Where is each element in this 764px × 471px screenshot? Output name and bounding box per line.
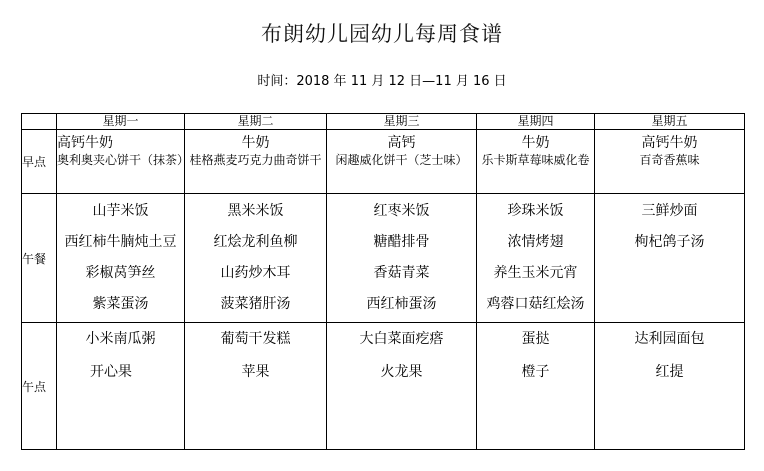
breakfast-cell-monday: 高钙牛奶 奥利奥夹心饼干（抹茶） — [57, 130, 185, 194]
breakfast-drink: 高钙牛奶 — [57, 134, 184, 152]
dish: 鸡蓉口菇红烩汤 — [477, 289, 594, 320]
dish: 山药炒木耳 — [185, 258, 326, 289]
page-title: 布朗幼儿园幼儿每周食谱 — [0, 18, 764, 48]
snack-cell-monday: 小米南瓜粥 开心果 — [57, 323, 185, 450]
dish: 三鲜炒面 — [595, 196, 744, 227]
row-label-breakfast: 早点 — [22, 130, 57, 194]
dish: 火龙果 — [327, 356, 476, 389]
breakfast-drink: 牛奶 — [477, 134, 594, 152]
header-row: 星期一 星期二 星期三 星期四 星期五 — [22, 114, 745, 130]
lunch-cell-wednesday: 红枣米饭 糖醋排骨 香菇青菜 西红柿蛋汤 — [327, 194, 477, 323]
breakfast-cell-thursday: 牛奶 乐卡斯草莓味威化卷 — [477, 130, 595, 194]
dish: 香菇青菜 — [327, 258, 476, 289]
dish: 西红柿牛腩炖土豆 — [57, 227, 184, 258]
breakfast-cell-friday: 高钙牛奶 百奇香蕉味 — [595, 130, 745, 194]
dish: 小米南瓜粥 — [57, 323, 184, 356]
dish: 糖醋排骨 — [327, 227, 476, 258]
lunch-cell-tuesday: 黑米米饭 红烩龙利鱼柳 山药炒木耳 菠菜猪肝汤 — [185, 194, 327, 323]
dish: 开心果 — [57, 356, 184, 389]
dish: 西红柿蛋汤 — [327, 289, 476, 320]
lunch-cell-friday: 三鲜炒面 枸杞鸽子汤 — [595, 194, 745, 323]
dish: 彩椒莴笋丝 — [57, 258, 184, 289]
day-header-wednesday: 星期三 — [327, 114, 477, 130]
day-header-monday: 星期一 — [57, 114, 185, 130]
dish: 枸杞鸽子汤 — [595, 227, 744, 258]
snack-cell-tuesday: 葡萄干发糕 苹果 — [185, 323, 327, 450]
lunch-row: 午餐 山芋米饭 西红柿牛腩炖土豆 彩椒莴笋丝 紫菜蛋汤 黑米米饭 红烩龙利鱼柳 … — [22, 194, 745, 323]
snack-cell-thursday: 蛋挞 橙子 — [477, 323, 595, 450]
breakfast-cell-wednesday: 高钙 闲趣威化饼干（芝士味） — [327, 130, 477, 194]
dish: 红枣米饭 — [327, 196, 476, 227]
date-range: 时间：2018 年 11 月 12 日—11 月 16 日 — [0, 70, 764, 89]
breakfast-row: 早点 高钙牛奶 奥利奥夹心饼干（抹茶） 牛奶 桂格燕麦巧克力曲奇饼干 高钙 闲趣… — [22, 130, 745, 194]
breakfast-snack: 桂格燕麦巧克力曲奇饼干 — [185, 152, 326, 168]
row-label-lunch: 午餐 — [22, 194, 57, 323]
dish: 苹果 — [185, 356, 326, 389]
dish: 蛋挞 — [477, 323, 594, 356]
dish: 黑米米饭 — [185, 196, 326, 227]
lunch-cell-thursday: 珍珠米饭 浓情烤翅 养生玉米元宵 鸡蓉口菇红烩汤 — [477, 194, 595, 323]
dish: 大白菜面疙瘩 — [327, 323, 476, 356]
breakfast-drink: 牛奶 — [185, 134, 326, 152]
breakfast-drink: 高钙 — [327, 134, 476, 152]
dish: 浓情烤翅 — [477, 227, 594, 258]
breakfast-snack: 百奇香蕉味 — [595, 152, 744, 168]
day-header-friday: 星期五 — [595, 114, 745, 130]
breakfast-snack: 奥利奥夹心饼干（抹茶） — [57, 152, 184, 168]
corner-cell — [22, 114, 57, 130]
afternoon-snack-row: 午点 小米南瓜粥 开心果 葡萄干发糕 苹果 大白菜面疙瘩 火龙果 蛋挞 橙子 达… — [22, 323, 745, 450]
breakfast-cell-tuesday: 牛奶 桂格燕麦巧克力曲奇饼干 — [185, 130, 327, 194]
day-header-tuesday: 星期二 — [185, 114, 327, 130]
dish: 紫菜蛋汤 — [57, 289, 184, 320]
dish: 橙子 — [477, 356, 594, 389]
snack-cell-wednesday: 大白菜面疙瘩 火龙果 — [327, 323, 477, 450]
dish: 达利园面包 — [595, 323, 744, 356]
dish: 红提 — [595, 356, 744, 389]
dish: 珍珠米饭 — [477, 196, 594, 227]
dish: 红烩龙利鱼柳 — [185, 227, 326, 258]
breakfast-snack: 乐卡斯草莓味威化卷 — [477, 152, 594, 168]
day-header-thursday: 星期四 — [477, 114, 595, 130]
weekly-menu-table: 星期一 星期二 星期三 星期四 星期五 早点 高钙牛奶 奥利奥夹心饼干（抹茶） … — [21, 113, 745, 450]
row-label-afternoon-snack: 午点 — [22, 323, 57, 450]
dish: 养生玉米元宵 — [477, 258, 594, 289]
snack-cell-friday: 达利园面包 红提 — [595, 323, 745, 450]
lunch-cell-monday: 山芋米饭 西红柿牛腩炖土豆 彩椒莴笋丝 紫菜蛋汤 — [57, 194, 185, 323]
breakfast-snack: 闲趣威化饼干（芝士味） — [327, 152, 476, 168]
breakfast-drink: 高钙牛奶 — [595, 134, 744, 152]
dish: 菠菜猪肝汤 — [185, 289, 326, 320]
dish: 山芋米饭 — [57, 196, 184, 227]
dish: 葡萄干发糕 — [185, 323, 326, 356]
